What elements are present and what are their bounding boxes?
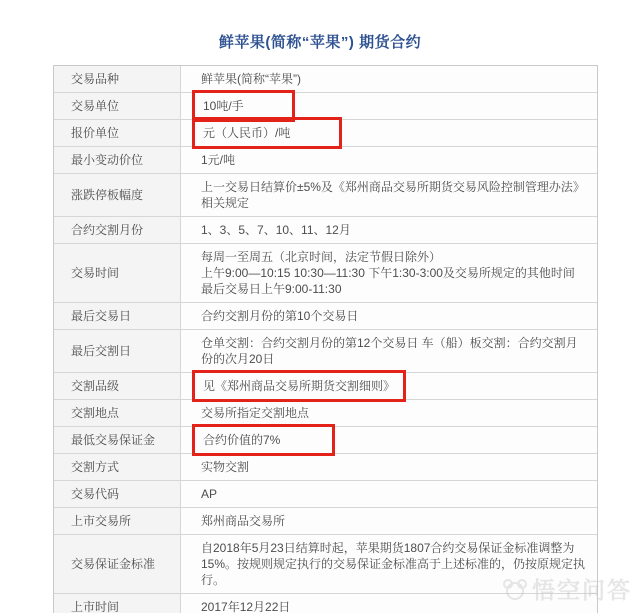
row-label-cell: 最小变动价位 bbox=[54, 147, 181, 173]
row-value: 郑州商品交易所 bbox=[201, 513, 285, 529]
row-label: 交易代码 bbox=[71, 486, 119, 502]
row-label-cell: 涨跌停板幅度 bbox=[54, 174, 181, 216]
table-row: 最低交易保证金 合约价值的7% bbox=[54, 427, 597, 454]
row-label: 交割地点 bbox=[71, 405, 119, 421]
row-value-cell: 每周一至周五（北京时间，法定节假日除外） 上午9:00—10:15 10:30—… bbox=[181, 244, 597, 302]
row-label-cell: 上市时间 bbox=[54, 594, 181, 613]
table-row: 最小变动价位 1元/吨 bbox=[54, 147, 597, 174]
page-title: 鲜苹果(简称“苹果”) 期货合约 bbox=[0, 0, 640, 52]
row-value-cell: 鲜苹果(简称“苹果”) bbox=[181, 66, 597, 92]
table-row: 交易单位 10吨/手 bbox=[54, 93, 597, 120]
row-label: 交易保证金标准 bbox=[71, 556, 155, 572]
table-row: 交易品种 鲜苹果(简称“苹果”) bbox=[54, 66, 597, 93]
table-row: 交易保证金标准 自2018年5月23日结算时起，苹果期货1807合约交易保证金标… bbox=[54, 535, 597, 594]
row-label-cell: 报价单位 bbox=[54, 120, 181, 146]
row-label: 交易时间 bbox=[71, 265, 119, 281]
highlight-box: 合约价值的7% bbox=[192, 424, 335, 456]
row-label: 报价单位 bbox=[71, 125, 119, 141]
row-value-cell: 合约交割月份的第10个交易日 bbox=[181, 303, 597, 329]
table-row: 最后交易日 合约交割月份的第10个交易日 bbox=[54, 303, 597, 330]
row-label-cell: 交易时间 bbox=[54, 244, 181, 302]
row-label-cell: 最后交割日 bbox=[54, 330, 181, 372]
row-value-cell: 见《郑州商品交易所期货交割细则》 bbox=[181, 373, 597, 399]
row-value-cell: 合约价值的7% bbox=[181, 427, 597, 453]
row-value-cell: 10吨/手 bbox=[181, 93, 597, 119]
table-row: 交割地点 交易所指定交割地点 bbox=[54, 400, 597, 427]
row-value: 交易所指定交割地点 bbox=[201, 405, 309, 421]
table-row: 最后交割日 仓单交割：合约交割月份的第12个交易日 车（船）板交割：合约交割月份… bbox=[54, 330, 597, 373]
row-value: 每周一至周五（北京时间，法定节假日除外） 上午9:00—10:15 10:30—… bbox=[201, 249, 575, 297]
row-label: 涨跌停板幅度 bbox=[71, 187, 143, 203]
row-value-cell: 元（人民币）/吨 bbox=[181, 120, 597, 146]
row-label: 上市交易所 bbox=[71, 513, 131, 529]
row-value-cell: 实物交割 bbox=[181, 454, 597, 480]
table-row: 交割品级 见《郑州商品交易所期货交割细则》 bbox=[54, 373, 597, 400]
table-row: 上市时间 2017年12月22日 bbox=[54, 594, 597, 613]
row-label-cell: 最后交易日 bbox=[54, 303, 181, 329]
row-label: 交易单位 bbox=[71, 98, 119, 114]
row-label-cell: 交易代码 bbox=[54, 481, 181, 507]
row-value: 1、3、5、7、10、11、12月 bbox=[201, 222, 351, 238]
row-value-cell: AP bbox=[181, 481, 597, 507]
table-row: 合约交割月份 1、3、5、7、10、11、12月 bbox=[54, 217, 597, 244]
highlight-box: 见《郑州商品交易所期货交割细则》 bbox=[192, 370, 406, 402]
row-label-cell: 交割品级 bbox=[54, 373, 181, 399]
row-label: 最小变动价位 bbox=[71, 152, 143, 168]
row-value-cell: 1元/吨 bbox=[181, 147, 597, 173]
row-label-cell: 上市交易所 bbox=[54, 508, 181, 534]
row-label: 合约交割月份 bbox=[71, 222, 143, 238]
row-label: 交割方式 bbox=[71, 459, 119, 475]
row-value-cell: 郑州商品交易所 bbox=[181, 508, 597, 534]
table-row: 报价单位 元（人民币）/吨 bbox=[54, 120, 597, 147]
table-row: 上市交易所 郑州商品交易所 bbox=[54, 508, 597, 535]
row-label: 最低交易保证金 bbox=[71, 432, 155, 448]
row-label-cell: 交易保证金标准 bbox=[54, 535, 181, 593]
row-value-cell: 自2018年5月23日结算时起，苹果期货1807合约交易保证金标准调整为15%。… bbox=[181, 535, 597, 593]
table-row: 交易代码 AP bbox=[54, 481, 597, 508]
row-value: 上一交易日结算价±5%及《郑州商品交易所期货交易风险控制管理办法》相关规定 bbox=[201, 179, 589, 211]
row-value: AP bbox=[201, 486, 217, 502]
row-value: 仓单交割：合约交割月份的第12个交易日 车（船）板交割：合约交割月份的次月20日 bbox=[201, 335, 589, 367]
highlight-box: 元（人民币）/吨 bbox=[192, 117, 342, 149]
row-value-cell: 2017年12月22日 bbox=[181, 594, 597, 613]
row-label-cell: 合约交割月份 bbox=[54, 217, 181, 243]
row-label-cell: 交易品种 bbox=[54, 66, 181, 92]
row-value-cell: 上一交易日结算价±5%及《郑州商品交易所期货交易风险控制管理办法》相关规定 bbox=[181, 174, 597, 216]
row-label: 上市时间 bbox=[71, 599, 119, 613]
row-value: 自2018年5月23日结算时起，苹果期货1807合约交易保证金标准调整为15%。… bbox=[201, 540, 589, 588]
row-label: 最后交割日 bbox=[71, 343, 131, 359]
table-row: 交易时间 每周一至周五（北京时间，法定节假日除外） 上午9:00—10:15 1… bbox=[54, 244, 597, 303]
row-value: 2017年12月22日 bbox=[201, 599, 290, 613]
row-label: 最后交易日 bbox=[71, 308, 131, 324]
contract-table: 交易品种 鲜苹果(简称“苹果”) 交易单位 10吨/手 报价单位 元（人民币）/… bbox=[53, 65, 598, 613]
row-value: 合约交割月份的第10个交易日 bbox=[201, 308, 358, 324]
row-value-cell: 1、3、5、7、10、11、12月 bbox=[181, 217, 597, 243]
row-label-cell: 最低交易保证金 bbox=[54, 427, 181, 453]
row-label-cell: 交割方式 bbox=[54, 454, 181, 480]
table-row: 交割方式 实物交割 bbox=[54, 454, 597, 481]
row-label: 交割品级 bbox=[71, 378, 119, 394]
row-value-cell: 交易所指定交割地点 bbox=[181, 400, 597, 426]
row-label-cell: 交易单位 bbox=[54, 93, 181, 119]
row-value-cell: 仓单交割：合约交割月份的第12个交易日 车（船）板交割：合约交割月份的次月20日 bbox=[181, 330, 597, 372]
row-value: 实物交割 bbox=[201, 459, 249, 475]
row-value: 1元/吨 bbox=[201, 152, 235, 168]
table-row: 涨跌停板幅度 上一交易日结算价±5%及《郑州商品交易所期货交易风险控制管理办法》… bbox=[54, 174, 597, 217]
row-value: 鲜苹果(简称“苹果”) bbox=[201, 71, 301, 87]
row-label-cell: 交割地点 bbox=[54, 400, 181, 426]
row-label: 交易品种 bbox=[71, 71, 119, 87]
